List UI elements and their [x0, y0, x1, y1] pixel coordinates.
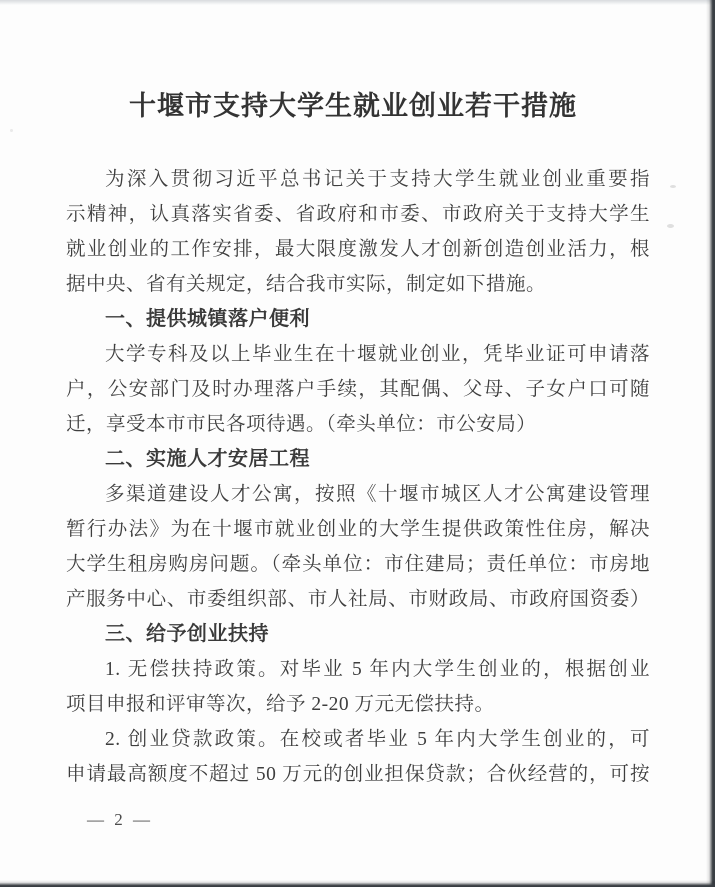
document-line: 大学生租房购房问题。（牵头单位：市住建局；责任单位：市房地	[66, 547, 650, 582]
scan-edge-top	[0, 0, 715, 5]
document-line: 就业创业的工作安排，最大限度激发人才创新创造创业活力，根	[66, 232, 650, 267]
scan-noise-speck	[670, 185, 676, 188]
document-line: 大学专科及以上毕业生在十堰就业创业，凭毕业证可申请落	[66, 337, 650, 372]
document-line: 1. 无偿扶持政策。对毕业 5 年内大学生创业的，根据创业	[66, 652, 650, 687]
document-line: 产服务中心、市委组织部、市人社局、市财政局、市政府国资委）	[66, 582, 650, 617]
scan-noise-speck	[667, 224, 674, 228]
scanned-document-page: 十堰市支持大学生就业创业若干措施 为深入贯彻习近平总书记关于支持大学生就业创业重…	[0, 0, 715, 887]
document-body: 为深入贯彻习近平总书记关于支持大学生就业创业重要指 示精神，认真落实省委、省政府…	[66, 162, 650, 792]
document-line: 示精神，认真落实省委、省政府和市委、市政府关于支持大学生	[66, 197, 650, 232]
document-line: 户，公安部门及时办理落户手续，其配偶、父母、子女户口可随	[66, 372, 650, 407]
document-line: 为深入贯彻习近平总书记关于支持大学生就业创业重要指	[66, 162, 650, 197]
document-line: 2. 创业贷款政策。在校或者毕业 5 年内大学生创业的，可	[66, 722, 650, 757]
document-line: 申请最高额度不超过 50 万元的创业担保贷款；合伙经营的，可按	[66, 757, 650, 792]
scan-edge-right	[706, 0, 715, 887]
scan-edge-bottom	[0, 880, 715, 887]
document-line: 据中央、省有关规定，结合我市实际，制定如下措施。	[66, 267, 650, 302]
document-line: 项目申报和评审等次，给予 2-20 万元无偿扶持。	[66, 687, 650, 722]
document-title: 十堰市支持大学生就业创业若干措施	[0, 84, 706, 123]
scan-noise-speck	[10, 129, 13, 132]
document-line: 多渠道建设人才公寓，按照《十堰市城区人才公寓建设管理	[66, 477, 650, 512]
document-line: 暂行办法》为在十堰市就业创业的大学生提供政策性住房，解决	[66, 512, 650, 547]
section-heading-2: 二、实施人才安居工程	[66, 442, 650, 477]
section-heading-3: 三、给予创业扶持	[66, 617, 650, 652]
document-line: 迁，享受本市市民各项待遇。（牵头单位：市公安局）	[66, 407, 650, 442]
page-number: — 2 —	[87, 810, 153, 830]
section-heading-1: 一、提供城镇落户便利	[66, 302, 650, 337]
